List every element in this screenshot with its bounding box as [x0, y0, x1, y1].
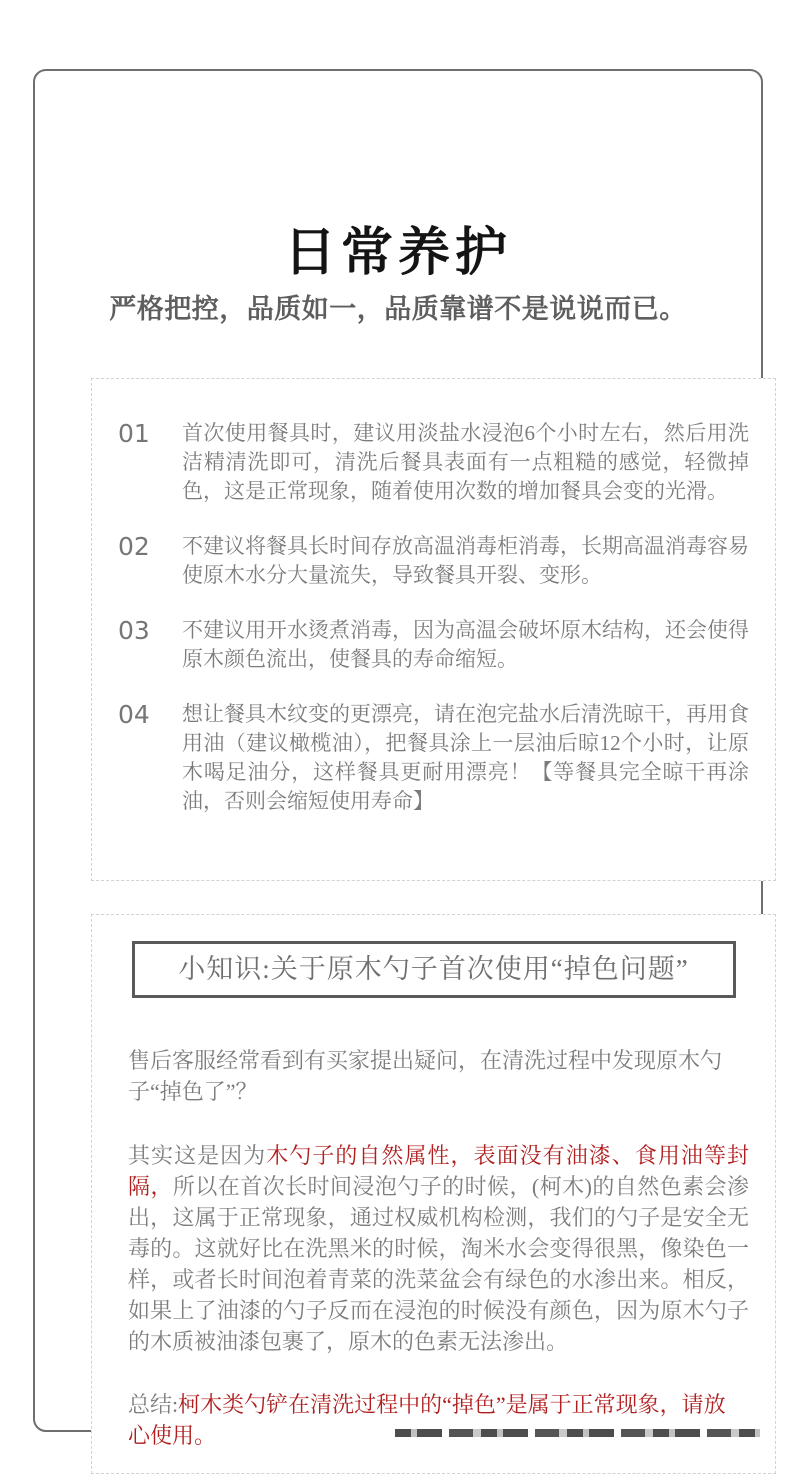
- tip-section-box: 小知识:关于原木勺子首次使用“掉色问题” 售后客服经常看到有买家提出疑问，在清洗…: [91, 914, 776, 1474]
- item-text: 不建议用开水烫煮消毒，因为高温会破坏原木结构，还会使得原木颜色流出，使餐具的寿命…: [182, 616, 749, 674]
- list-item: 03 不建议用开水烫煮消毒，因为高温会破坏原木结构，还会使得原木颜色流出，使餐具…: [116, 616, 749, 674]
- page-title: 日常养护: [35, 222, 761, 286]
- item-number: 03: [116, 616, 182, 674]
- care-instructions-box: 01 首次使用餐具时，建议用淡盐水浸泡6个小时左右，然后用洗洁精清洗即可，清洗后…: [91, 378, 776, 881]
- item-text: 首次使用餐具时，建议用淡盐水浸泡6个小时左右，然后用洗洁精清洗即可，清洗后餐具表…: [182, 419, 749, 506]
- tip-question: 售后客服经常看到有买家提出疑问，在清洗过程中发现原木勺子“掉色了”？: [128, 1045, 747, 1107]
- summary-text: 柯木类勺铲在清洗过程中的“掉色”是属于正常现象，请放心使用。: [128, 1392, 726, 1448]
- content-panel: 日常养护 严格把控，品质如一，品质靠谱不是说说而已。 01 首次使用餐具时，建议…: [33, 69, 763, 1432]
- explanation-rest: 所以在首次长时间浸泡勺子的时候，(柯木)的自然色素会渗出，这属于正常现象，通过权…: [128, 1174, 749, 1354]
- item-number: 01: [116, 419, 182, 506]
- list-item: 02 不建议将餐具长时间存放高温消毒柜消毒，长期高温消毒容易使原木水分大量流失，…: [116, 532, 749, 590]
- page-subtitle: 严格把控，品质如一，品质靠谱不是说说而已。: [35, 291, 761, 327]
- tip-title: 小知识:关于原木勺子首次使用“掉色问题”: [132, 941, 736, 998]
- cutoff-content-fragment: [395, 1429, 760, 1437]
- item-number: 04: [116, 700, 182, 816]
- item-number: 02: [116, 532, 182, 590]
- item-text: 不建议将餐具长时间存放高温消毒柜消毒，长期高温消毒容易使原木水分大量流失，导致餐…: [182, 532, 749, 590]
- tip-explanation: 其实这是因为木勺子的自然属性，表面没有油漆、食用油等封隔，所以在首次长时间浸泡勺…: [128, 1140, 749, 1357]
- item-text: 想让餐具木纹变的更漂亮，请在泡完盐水后清洗晾干，再用食用油（建议橄榄油），把餐具…: [182, 700, 749, 816]
- tip-summary: 总结:柯木类勺铲在清洗过程中的“掉色”是属于正常现象，请放心使用。: [128, 1389, 747, 1451]
- explanation-lead: 其实这是因为: [128, 1143, 266, 1168]
- summary-label: 总结:: [128, 1392, 178, 1417]
- care-instructions-list: 01 首次使用餐具时，建议用淡盐水浸泡6个小时左右，然后用洗洁精清洗即可，清洗后…: [92, 379, 775, 816]
- list-item: 01 首次使用餐具时，建议用淡盐水浸泡6个小时左右，然后用洗洁精清洗即可，清洗后…: [116, 419, 749, 506]
- list-item: 04 想让餐具木纹变的更漂亮，请在泡完盐水后清洗晾干，再用食用油（建议橄榄油），…: [116, 700, 749, 816]
